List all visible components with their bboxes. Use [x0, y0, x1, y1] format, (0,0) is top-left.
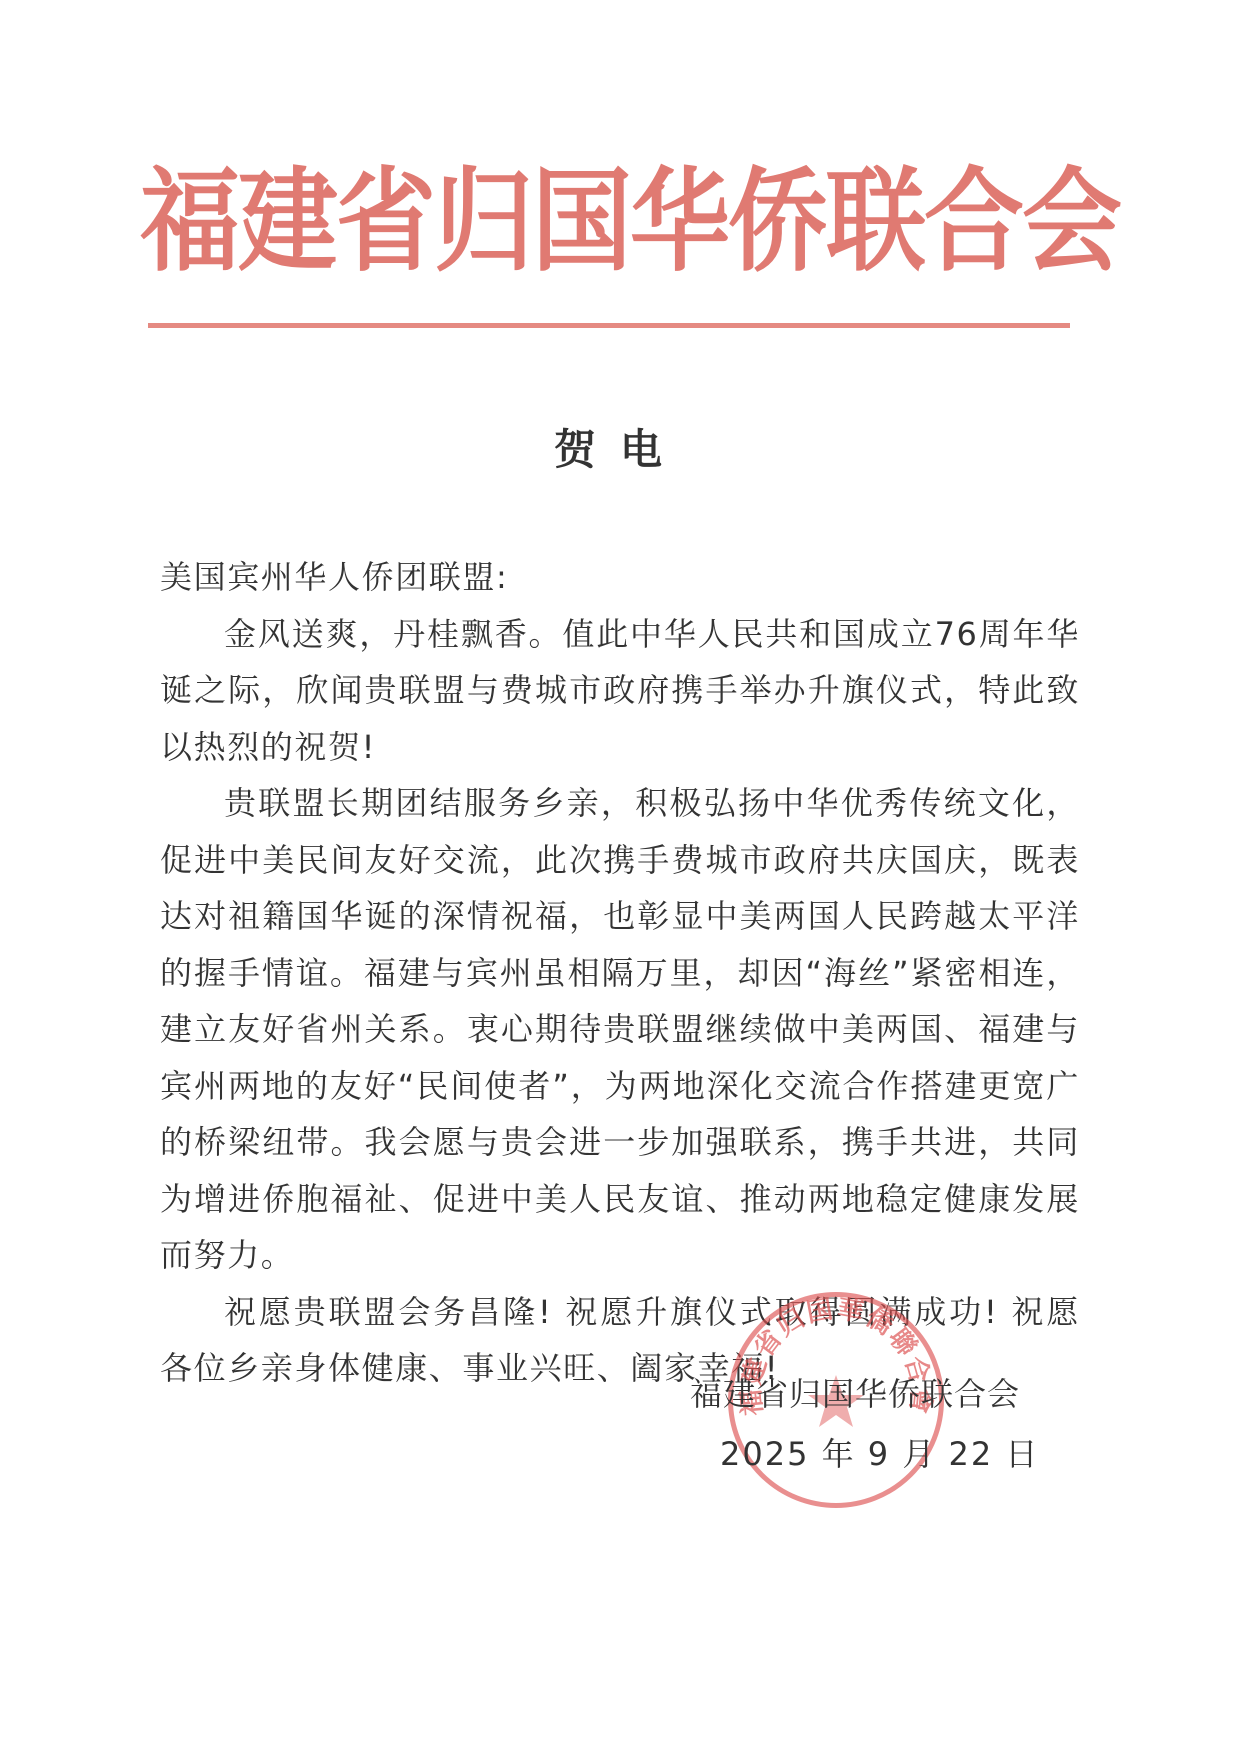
- salutation: 美国宾州华人侨团联盟:: [160, 549, 1080, 606]
- signature-date: 2025 年 9 月 22 日: [660, 1424, 1060, 1484]
- signature-block: 福建省归国华侨联合会 2025 年 9 月 22 日: [660, 1364, 1060, 1484]
- paragraph-2: 贵联盟长期团结服务乡亲，积极弘扬中华优秀传统文化，促进中美民间友好交流，此次携手…: [160, 775, 1080, 1284]
- letterhead-red-rule: [148, 323, 1070, 328]
- letterhead-organization-name: 福建省归国华侨联合会: [140, 148, 1060, 294]
- paragraph-1: 金风送爽，丹桂飘香。值此中华人民共和国成立76周年华诞之际，欣闻贵联盟与费城市政…: [160, 606, 1080, 776]
- signature-organization: 福建省归国华侨联合会: [660, 1364, 1060, 1424]
- document-body: 美国宾州华人侨团联盟: 金风送爽，丹桂飘香。值此中华人民共和国成立76周年华诞之…: [160, 549, 1080, 1397]
- document-title: 贺电: [0, 420, 1240, 480]
